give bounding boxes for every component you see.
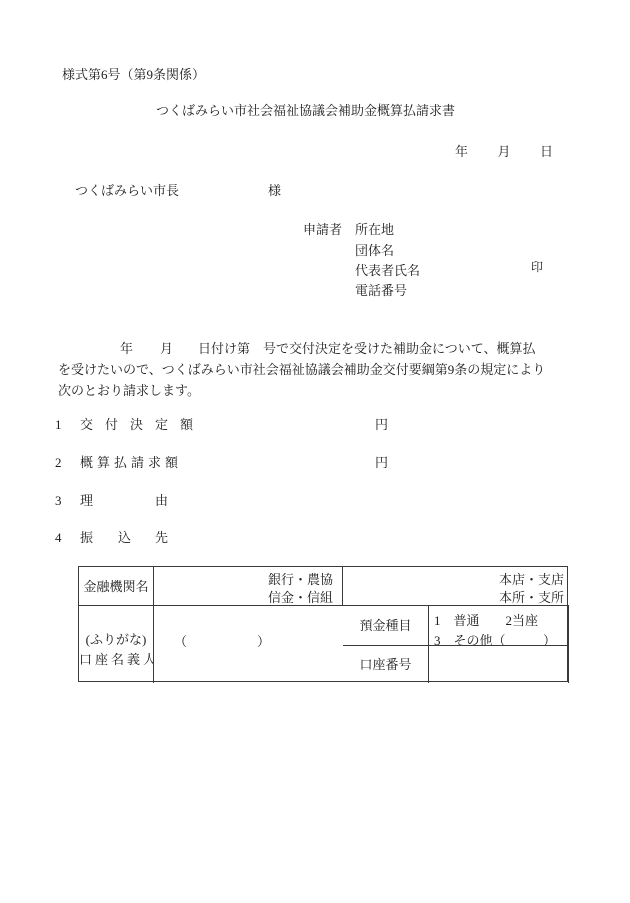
cell-account-holder-label: (ふりがな) 口座名義人 xyxy=(79,606,154,683)
form-number: 様式第6号（第9条関係） xyxy=(62,68,205,81)
bank-type-line1: 銀行・農協 xyxy=(154,571,333,589)
date-day-label: 日 xyxy=(540,145,553,158)
cell-deposit-options: 1 普通 2当座 3 その他（ ） xyxy=(429,606,569,646)
item-reason: 3 理 由 xyxy=(0,494,630,510)
deposit-options-other: 3 その他（ xyxy=(434,631,506,646)
applicant-field-phone: 電話番号 xyxy=(355,284,407,297)
item-number: 2 xyxy=(55,456,62,469)
cell-financial-institution-label: 金融機関名 xyxy=(79,567,154,606)
body-line1-text: 号で交付決定を受けた補助金について、概算払 xyxy=(263,341,535,356)
item-label-part: 込 xyxy=(118,531,131,544)
bank-transfer-table: 金融機関名 銀行・農協 信金・信組 本店・支店 本所・支所 預金種目 1 普通 … xyxy=(78,566,568,682)
date-line: 年 月 日 xyxy=(455,145,553,158)
deposit-options-line2: 3 その他（ ） xyxy=(434,631,556,646)
applicant-field-address: 所在地 xyxy=(355,223,394,236)
holder-paren-close: ） xyxy=(257,634,270,649)
branch-type-line2: 本所・支所 xyxy=(343,589,564,606)
item-number: 3 xyxy=(55,494,62,507)
applicant-label: 申請者 xyxy=(303,223,342,236)
addressee-honorific: 様 xyxy=(268,184,281,197)
body-month-label: 月 xyxy=(160,341,173,356)
financial-institution-label: 金融機関名 xyxy=(83,580,148,593)
date-month-label: 月 xyxy=(497,145,510,158)
document-page: 様式第6号（第9条関係） つくばみらい市社会福祉協議会補助金概算払請求書 年 月… xyxy=(0,0,630,903)
item-label-part: 理 xyxy=(80,494,93,507)
document-title: つくばみらい市社会福祉協議会補助金概算払請求書 xyxy=(156,104,455,117)
item-grant-decision-amount: 1 交付決定額 円 xyxy=(0,418,630,434)
addressee-name: つくばみらい市長 xyxy=(75,184,179,197)
body-line-1: 年月日付け第号で交付決定を受けた補助金について、概算払 xyxy=(58,338,558,359)
body-line-2: を受けたいので、つくばみらい市社会福祉協議会補助金交付要綱第9条の規定により xyxy=(58,359,558,380)
holder-paren-open: （ xyxy=(174,634,187,649)
account-number-label: 口座番号 xyxy=(359,658,411,671)
item-transfer-destination: 4 振 込 先 xyxy=(0,531,630,547)
account-holder-label: 口座名義人 xyxy=(79,650,153,670)
body-paragraph: 年月日付け第号で交付決定を受けた補助金について、概算払 を受けたいので、つくばみ… xyxy=(58,338,558,401)
item-label: 概算払請求額 xyxy=(80,456,182,469)
cell-account-holder-entry: （） xyxy=(154,606,343,683)
furigana-label: (ふりがな) xyxy=(79,630,153,650)
item-label: 交付決定額 xyxy=(80,418,205,431)
item-provisional-payment-amount: 2 概算払請求額 円 xyxy=(0,456,630,472)
deposit-type-label: 預金種目 xyxy=(359,619,411,632)
body-date-number-label: 日付け第 xyxy=(198,341,250,356)
item-label-part: 振 xyxy=(80,531,93,544)
item-unit-yen: 円 xyxy=(375,456,388,469)
applicant-field-organization: 団体名 xyxy=(355,244,394,257)
applicant-field-representative: 代表者氏名 xyxy=(355,264,420,277)
bank-type-line2: 信金・信組 xyxy=(154,589,333,606)
cell-branch-type: 本店・支店 本所・支所 xyxy=(343,567,569,606)
body-year-label: 年 xyxy=(120,341,133,356)
deposit-options-line1: 1 普通 2当座 xyxy=(434,611,556,631)
item-number: 4 xyxy=(55,531,62,544)
cell-account-number-label: 口座番号 xyxy=(343,646,429,683)
cell-deposit-type-label: 預金種目 xyxy=(343,606,429,646)
seal-mark: 印 xyxy=(531,261,543,273)
branch-type-line1: 本店・支店 xyxy=(343,571,564,589)
cell-account-number-entry xyxy=(429,646,569,683)
deposit-options-close-paren: ） xyxy=(543,631,556,646)
body-line-3: 次のとおり請求します。 xyxy=(58,380,558,401)
item-unit-yen: 円 xyxy=(375,418,388,431)
item-label-part: 由 xyxy=(155,494,168,507)
date-year-label: 年 xyxy=(455,145,468,158)
cell-bank-type: 銀行・農協 信金・信組 xyxy=(154,567,343,606)
item-label-part: 先 xyxy=(155,531,168,544)
item-number: 1 xyxy=(55,418,62,431)
